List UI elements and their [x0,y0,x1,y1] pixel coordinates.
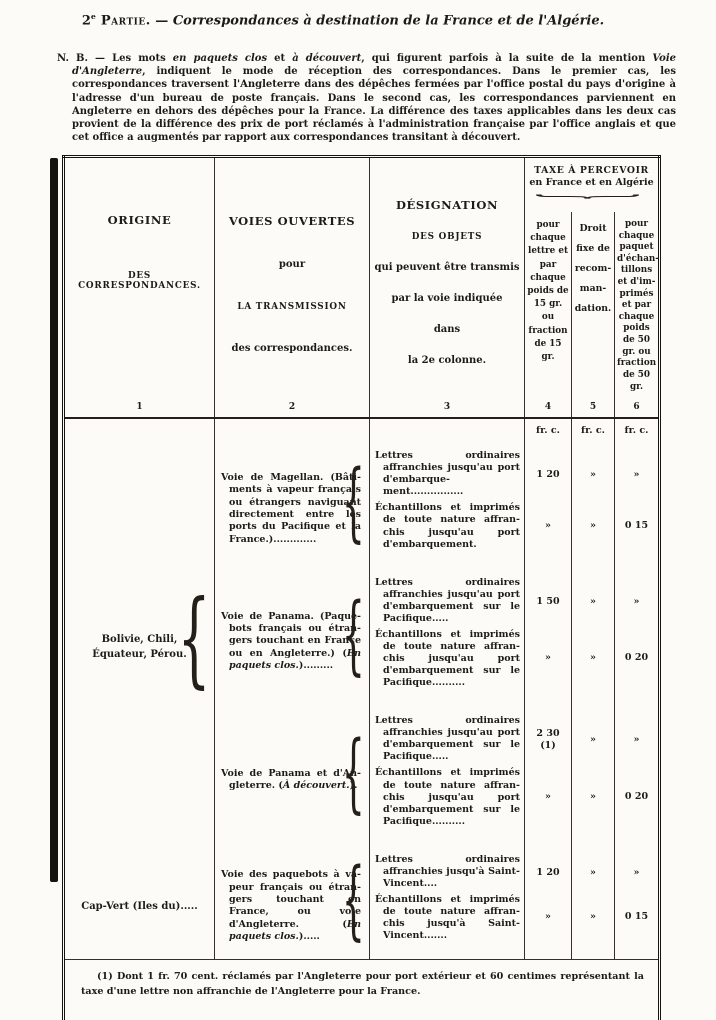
column-number-1: 1 [64,397,215,418]
tax-header-line-1: TAXE À PERCEVOIR [525,165,658,176]
origin-cell-cap-vert: Cap-Vert (Iles du)..... [64,845,215,960]
designation-cell: Lettres ordinaires affranchies jusqu'à S… [370,845,525,892]
rate-value-cell: 0 20 [615,765,660,844]
page-title: 2e Partie. — Correspondances à destinati… [0,12,686,28]
rate-value-cell: » [572,441,615,500]
rate-value-cell: » [572,568,615,627]
designation-line-6: la 2e colonne. [408,355,486,366]
voies-line-4: des correspondances. [232,343,353,354]
nb-paragraph: N. B. — Les mots en paquets clos et à dé… [57,52,676,144]
designation-cell: Lettres ordinaires affranchies jusqu'au … [370,706,525,765]
col-header-samples-rate: pour chaque paquet d'échan­tillons et d'… [615,212,660,397]
rates-table: ORIGINE DES CORRESPONDANCES. VOIES OUVER… [62,155,661,1020]
designation-cell: Échantillons et imprimés de toute nature… [370,892,525,960]
origine-heading: ORIGINE [108,213,172,227]
scan-gutter-artifact [50,158,58,882]
col-header-origine: ORIGINE DES CORRESPONDANCES. [64,157,215,398]
rate-value-cell: » [572,892,615,960]
designation-heading: DÉSIGNATION [396,198,498,212]
rate-value-cell: » [525,765,572,844]
column-numbers-row: 1 2 3 4 5 6 [64,397,660,418]
col-header-designation: DÉSIGNATION DES OBJETS qui peuvent être … [370,157,525,398]
rate-value-cell: 2 30 (1) [525,706,572,765]
designation-cell: Échantillons et imprimés de toute nature… [370,627,525,706]
column-number-5: 5 [572,397,615,418]
rate-value-cell: » [615,441,660,500]
voies-line-2: pour [279,259,305,270]
voie-cell-magellan: Voie de Magellan. (Bâti­ments à vapeur f… [215,441,370,568]
column-number-6: 6 [615,397,660,418]
column-number-2: 2 [215,397,370,418]
voie-cell-cap-vert: Voie des paquebots à va­peur français ou… [215,845,370,960]
designation-cell: Échantillons et imprimés de toute nature… [370,765,525,844]
designation-cell: Échantillons et imprimés de toute nature… [370,500,525,567]
currency-label: fr. c. [525,418,572,441]
column-number-4: 4 [525,397,572,418]
scanned-document-page: 2e Partie. — Correspondances à destinati… [0,0,716,1020]
table-footnote: (1) Dont 1 fr. 70 cent. réclamés par l'A… [64,960,660,1020]
designation-line-5: dans [434,324,460,335]
rate-value-cell: 0 15 [615,892,660,960]
voie-cell-panama-angleterre: Voie de Panama et d'An­gleterre. (À déco… [215,706,370,845]
rate-value-cell: » [572,500,615,567]
rate-value-cell: » [615,568,660,627]
rate-value-cell: » [572,765,615,844]
designation-cell: Lettres ordinaires affranchies jusqu'au … [370,441,525,500]
designation-line-3: qui peuvent être transmis [374,262,519,273]
currency-row: fr. c. fr. c. fr. c. [64,418,660,441]
rate-value-cell: » [572,845,615,892]
rate-value-cell: 1 20 [525,441,572,500]
rate-value-cell: » [615,845,660,892]
origin-cell-bolivie: Bolivie, Chili, Équateur, Pérou. [64,441,215,845]
voies-heading: VOIES OUVERTES [229,214,355,228]
col-header-registration-fee: Droit fixe de recom­man­da­tion. [572,212,615,397]
column-number-3: 3 [370,397,525,418]
rate-value-cell: 1 20 [525,845,572,892]
rate-value-cell: » [525,892,572,960]
rate-value-cell: 0 20 [615,627,660,706]
currency-label: fr. c. [572,418,615,441]
origine-subheading: DES CORRESPONDANCES. [69,271,210,291]
rate-value-cell: » [572,706,615,765]
currency-label: fr. c. [615,418,660,441]
rate-value-cell: 0 15 [615,500,660,567]
rate-value-cell: 1 50 [525,568,572,627]
voie-cell-panama: Voie de Panama. (Paque­bots français ou … [215,568,370,707]
tax-group-header: TAXE À PERCEVOIR en France et en Algérie [525,157,660,213]
rate-value-cell: » [525,500,572,567]
rate-value-cell: » [615,706,660,765]
voies-line-3: LA TRANSMISSION [237,302,346,312]
col-header-letter-rate: pour chaque lettre et par chaque poids d… [525,212,572,397]
designation-line-4: par la voie indiquée [392,293,503,304]
designation-cell: Lettres ordinaires affranchies jusqu'au … [370,568,525,627]
horizontal-brace-decoration [587,185,595,204]
rate-value-cell: » [572,627,615,706]
designation-line-2: DES OBJETS [412,232,483,242]
rate-value-cell: » [525,627,572,706]
col-header-voies: VOIES OUVERTES pour LA TRANSMISSION des … [215,157,370,398]
